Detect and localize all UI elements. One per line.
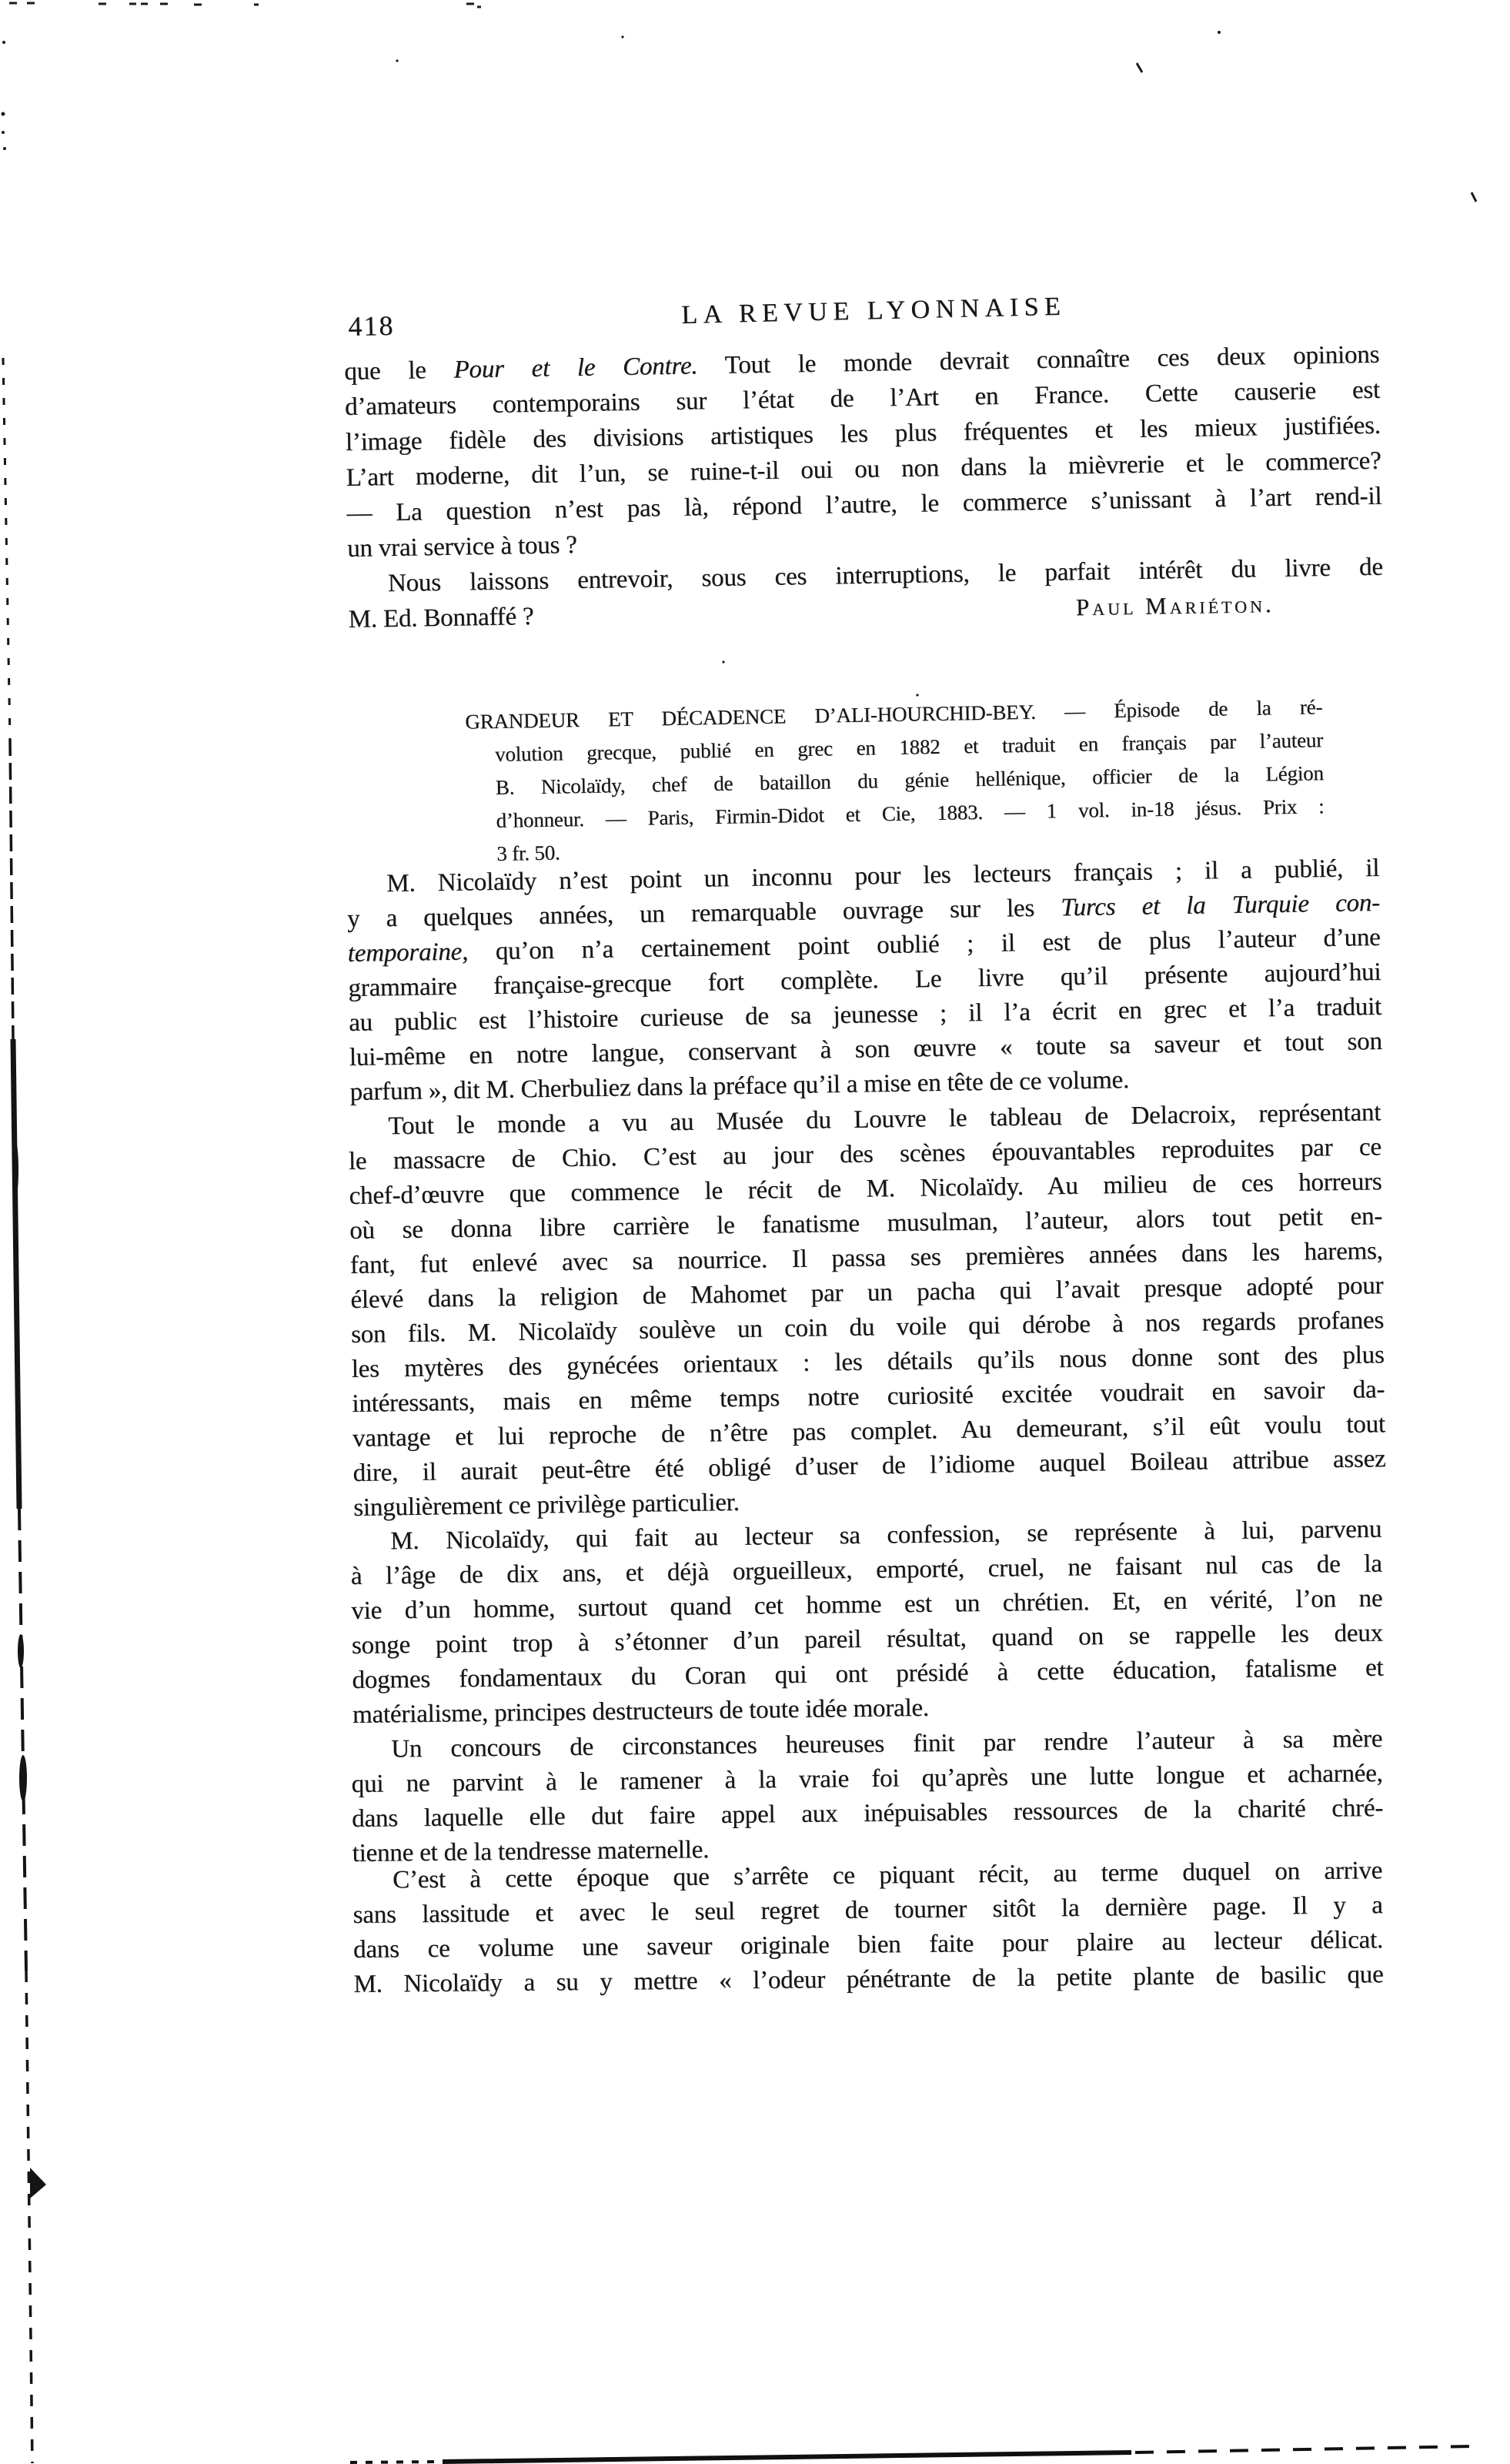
gutter-blots	[12, 1141, 46, 2198]
review-paragraph-5: C’est à cette époque que s’arrête ce piq…	[352, 1854, 1384, 2002]
review-paragraph-2: Tout le monde a vu au Musée du Louvre le…	[348, 1095, 1386, 1526]
journal-title: LA REVUE LYONNAISE	[681, 293, 1067, 330]
bottom-scan-line	[350, 2446, 1474, 2462]
article-signature: Paul Mariéton.	[1076, 587, 1274, 625]
article-closing-paragraphs: que le Pour et le Contre. Tout le monde …	[344, 337, 1384, 637]
gutter-line	[3, 358, 32, 2463]
review-paragraph-1: M. Nicolaïdy n’est point un inconnu pour…	[346, 851, 1383, 1110]
review-paragraph-3: M. Nicolaïdy, qui fait au lecteur sa con…	[350, 1513, 1384, 1733]
scanned-page: 418 LA REVUE LYONNAISE que le Pour et le…	[0, 0, 1510, 2464]
referenced-author: M. Ed. Bonnaffé ?	[348, 599, 533, 637]
page-number: 418	[348, 309, 395, 343]
edge-specks	[9, 3, 1476, 202]
review-paragraph-4: Un concours de circonstances heureuses f…	[351, 1722, 1384, 1871]
book-notice-heading: GRANDEUR ET DÉCADENCE D’ALI-HOURCHID-BEY…	[494, 690, 1325, 871]
